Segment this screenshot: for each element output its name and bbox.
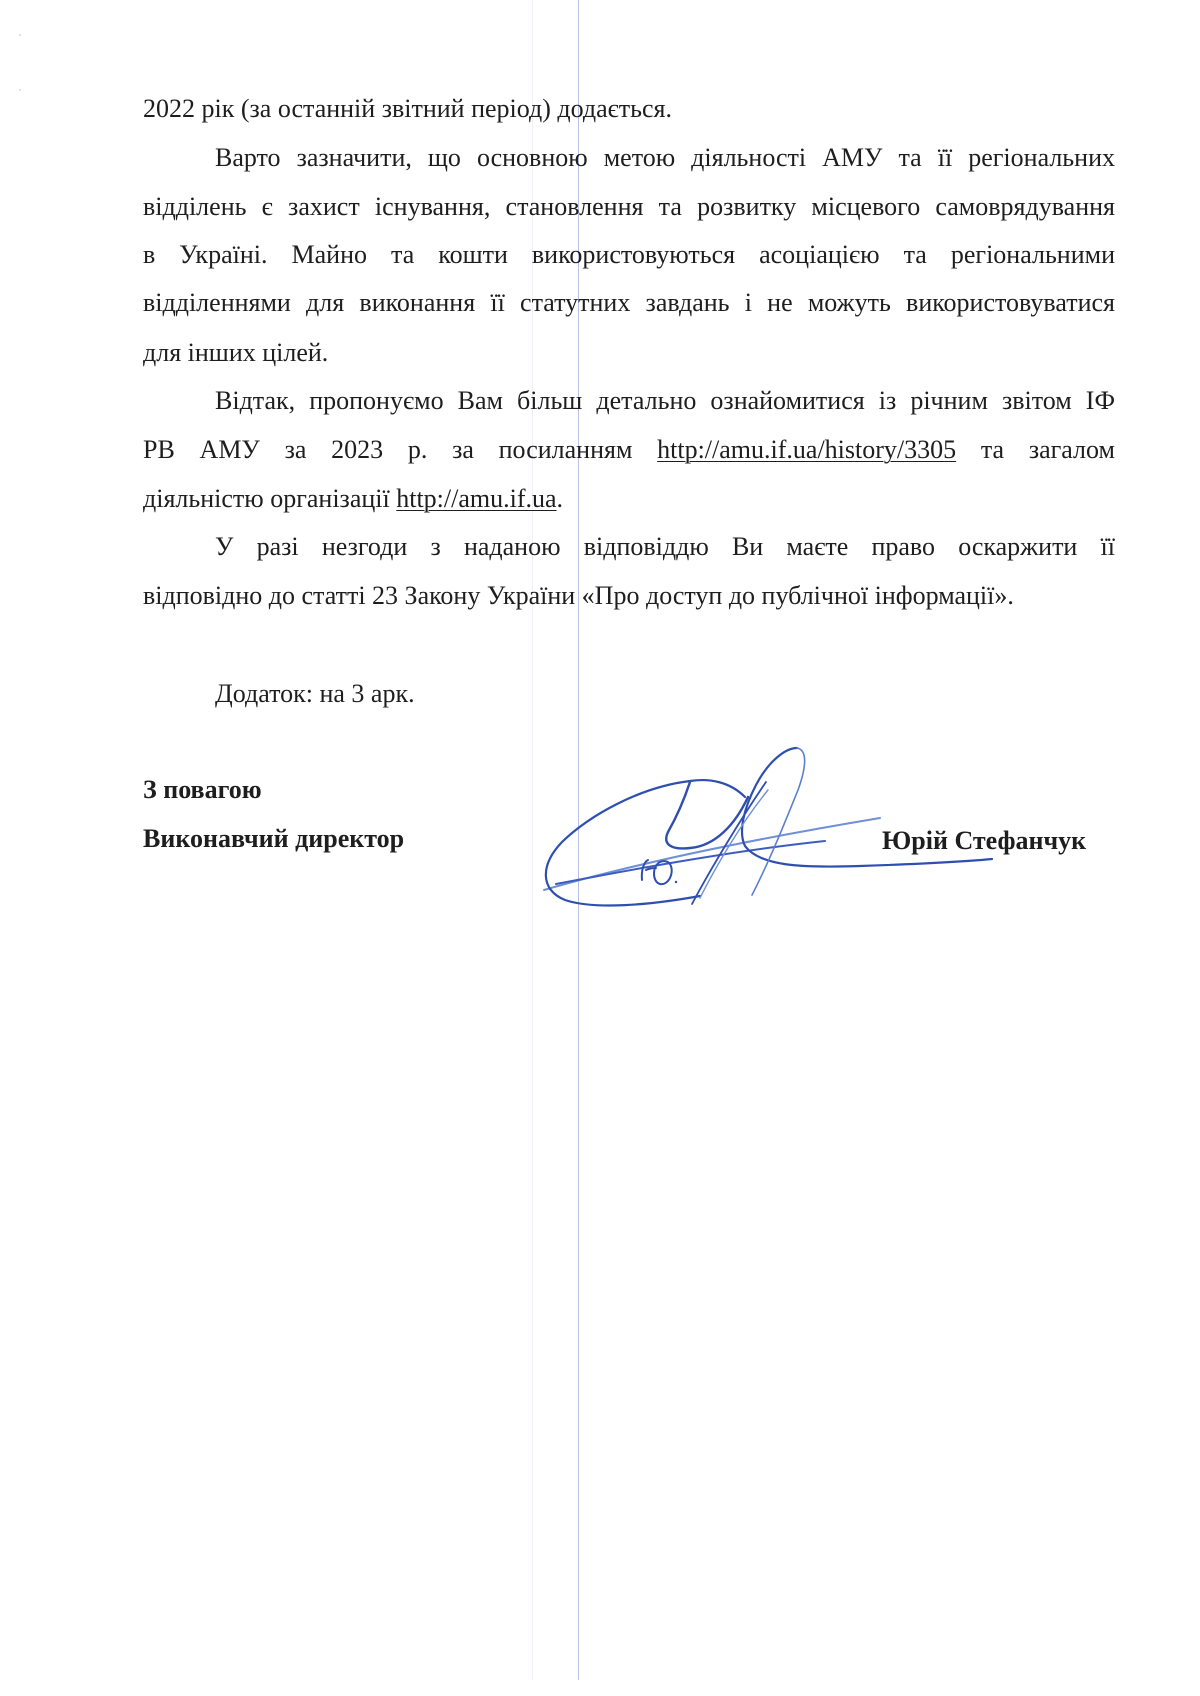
text-segment: та загалом [981, 435, 1115, 464]
text-line: для інших цілей. [143, 338, 1115, 368]
text-line: відділеннями для виконання її статутних … [143, 288, 1115, 318]
attachment-note: Додаток: на 3 арк. [215, 679, 1187, 709]
text-line: відповідно до статті 23 Закону України «… [143, 581, 1115, 611]
text-line: діяльністю організації http://amu.if.ua. [143, 484, 1115, 514]
text-segment: . [557, 484, 564, 513]
signer-name: Юрій Стефанчук [882, 826, 1086, 856]
text-line: 2022 рік (за останній звітний період) до… [143, 94, 1115, 124]
history-link[interactable]: http://amu.if.ua/history/3305 [657, 435, 956, 464]
scan-speck [19, 89, 21, 91]
text-line: У разі незгоди з наданою відповіддю Ви м… [215, 532, 1115, 562]
scan-speck [19, 34, 21, 36]
closing-regards: З повагою [143, 775, 262, 805]
text-line: в Україні. Майно та кошти використовують… [143, 240, 1115, 270]
text-segment: РВ АМУ за 2023 р. за посиланням [143, 435, 632, 464]
site-link[interactable]: http://amu.if.ua [396, 484, 556, 513]
text-line: Варто зазначити, що основною метою діяль… [215, 143, 1115, 173]
document-page: 2022 рік (за останній звітний період) до… [0, 0, 1200, 1696]
signer-position: Виконавчий директор [143, 824, 404, 854]
text-line: РВ АМУ за 2023 р. за посиланням http://a… [143, 435, 1115, 465]
text-line: відділень є захист існування, становленн… [143, 192, 1115, 222]
text-line: Відтак, пропонуємо Вам більш детально оз… [215, 386, 1115, 416]
text-segment: діяльністю організації [143, 484, 390, 513]
